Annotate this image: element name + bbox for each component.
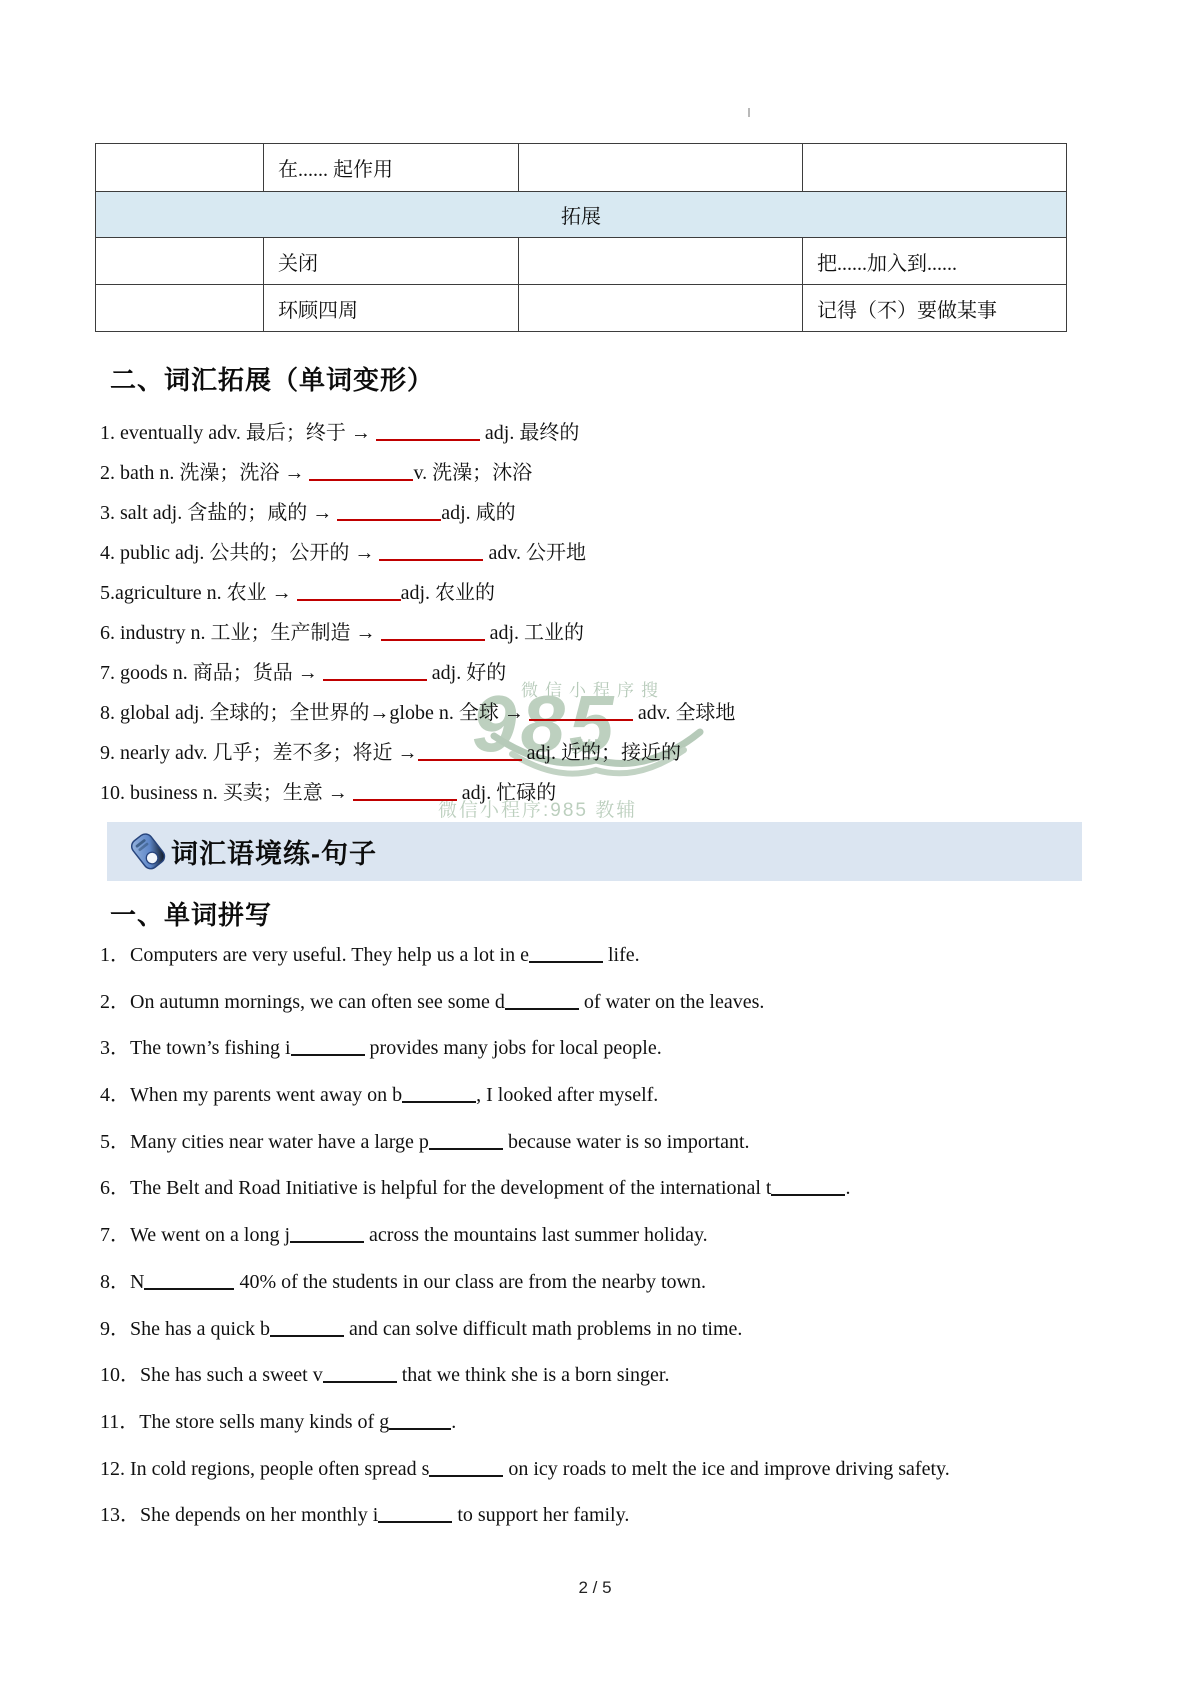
fill-blank — [529, 715, 633, 721]
item-text-post: , I looked after myself. — [476, 1084, 658, 1106]
item-text-post: on icy roads to melt the ice and improve… — [503, 1458, 949, 1480]
item-text-pre: 7. goods n. 商品；货品 → — [100, 662, 323, 684]
spelling-sentence: 1．Computers are very useful. They help u… — [100, 932, 950, 979]
item-text-post: adj. 近的；接近的 — [522, 742, 681, 764]
table-row: 关闭 把......加入到...... — [96, 238, 1067, 285]
item-text-post: v. 洗澡；沐浴 — [413, 462, 532, 484]
item-text-pre: 3．The town’s fishing i — [100, 1037, 291, 1059]
fill-blank — [309, 475, 413, 481]
fill-blank — [376, 435, 480, 441]
table-cell — [803, 144, 1067, 192]
item-text-pre: 10. business n. 买卖；生意 → — [100, 782, 353, 804]
item-text-pre: 2. bath n. 洗澡；洗浴 → — [100, 462, 309, 484]
fill-blank — [379, 555, 483, 561]
item-text-pre: 10．She has such a sweet v — [100, 1364, 323, 1386]
table-cell — [96, 238, 264, 285]
fill-blank — [389, 1424, 451, 1430]
fill-blank — [291, 1050, 365, 1056]
word-forms-section-title: 二、词汇拓展（单词变形） — [110, 360, 434, 397]
spelling-sentence: 6．The Belt and Road Initiative is helpfu… — [100, 1165, 950, 1212]
item-text-post: and can solve difficult math problems in… — [344, 1318, 742, 1340]
spelling-sentence-list: 1．Computers are very useful. They help u… — [100, 932, 950, 1539]
item-text-pre: 12. In cold regions, people often spread… — [100, 1458, 429, 1480]
word-forms-list: 1. eventually adv. 最后；终于 → adj. 最终的2. ba… — [100, 413, 735, 813]
item-text-post: to support her family. — [452, 1504, 629, 1526]
item-text-pre: 7．We went on a long j — [100, 1224, 290, 1246]
table-cell: 在...... 起作用 — [264, 144, 519, 192]
item-text-post: adj. 农业的 — [401, 582, 495, 604]
fill-blank — [323, 1377, 397, 1383]
word-form-item: 7. goods n. 商品；货品 → adj. 好的 — [100, 653, 735, 693]
table-cell: 环顾四周 — [264, 285, 519, 332]
item-text-pre: 5．Many cities near water have a large p — [100, 1131, 429, 1153]
table-section-header: 拓展 — [96, 192, 1067, 238]
table-cell: 关闭 — [264, 238, 519, 285]
page-number: 2 / 5 — [0, 1578, 1190, 1598]
spelling-sentence: 10．She has such a sweet v that we think … — [100, 1352, 950, 1399]
fill-blank — [297, 595, 401, 601]
item-text-post: adj. 咸的 — [441, 502, 515, 524]
fill-blank — [529, 957, 603, 963]
context-practice-banner: 词汇语境练-句子 — [107, 822, 1082, 881]
word-form-item: 4. public adj. 公共的；公开的 → adv. 公开地 — [100, 533, 735, 573]
item-text-post: . — [451, 1411, 456, 1433]
spelling-sentence: 11．The store sells many kinds of g. — [100, 1399, 950, 1446]
fill-blank — [270, 1331, 344, 1337]
item-text-pre: 1. eventually adv. 最后；终于 → — [100, 422, 376, 444]
worksheet-page: 微信小程序搜 985 教辅 微信小程序:985 教辅 在...... 起作用 拓… — [0, 0, 1190, 1683]
spelling-sentence: 8．N 40% of the students in our class are… — [100, 1259, 950, 1306]
item-text-post: 40% of the students in our class are fro… — [234, 1271, 706, 1293]
item-text-pre: 8．N — [100, 1271, 144, 1293]
fill-blank — [771, 1190, 845, 1196]
table-row: 在...... 起作用 — [96, 144, 1067, 192]
fill-blank — [144, 1284, 234, 1290]
table-cell — [519, 144, 803, 192]
item-text-post: adj. 忙碌的 — [457, 782, 556, 804]
word-form-item: 5.agriculture n. 农业 → adj. 农业的 — [100, 573, 735, 613]
item-text-post: adv. 全球地 — [633, 702, 736, 724]
banner-title: 词汇语境练-句子 — [171, 832, 377, 871]
fill-blank — [323, 675, 427, 681]
spelling-sentence: 9．She has a quick b and can solve diffic… — [100, 1306, 950, 1353]
word-form-item: 3. salt adj. 含盐的；咸的 → adj. 咸的 — [100, 493, 735, 533]
fill-blank — [505, 1004, 579, 1010]
fill-blank — [337, 515, 441, 521]
item-text-post: adj. 工业的 — [485, 622, 584, 644]
table-cell: 记得（不）要做某事 — [803, 285, 1067, 332]
item-text-pre: 4. public adj. 公共的；公开的 → — [100, 542, 379, 564]
fill-blank — [402, 1097, 476, 1103]
word-form-item: 1. eventually adv. 最后；终于 → adj. 最终的 — [100, 413, 735, 453]
word-form-item: 8. global adj. 全球的；全世界的→globe n. 全球 → ad… — [100, 693, 735, 733]
item-text-post: adv. 公开地 — [483, 542, 586, 564]
spelling-sentence: 2．On autumn mornings, we can often see s… — [100, 979, 950, 1026]
table-section-header-row: 拓展 — [96, 192, 1067, 238]
spelling-sentence: 4．When my parents went away on b, I look… — [100, 1072, 950, 1119]
spelling-sentence: 13．She depends on her monthly i to suppo… — [100, 1492, 950, 1539]
table-cell: 把......加入到...... — [803, 238, 1067, 285]
tag-icon — [128, 830, 168, 874]
table-row: 环顾四周 记得（不）要做某事 — [96, 285, 1067, 332]
item-text-pre: 8. global adj. 全球的；全世界的→globe n. 全球 → — [100, 702, 529, 724]
item-text-post: adj. 最终的 — [480, 422, 579, 444]
spelling-sentence: 12. In cold regions, people often spread… — [100, 1446, 950, 1493]
spelling-sentence: 5．Many cities near water have a large p … — [100, 1119, 950, 1166]
item-text-post: . — [845, 1177, 850, 1199]
fill-blank — [429, 1144, 503, 1150]
fill-blank — [290, 1237, 364, 1243]
item-text-post: that we think she is a born singer. — [397, 1364, 670, 1386]
item-text-pre: 3. salt adj. 含盐的；咸的 → — [100, 502, 337, 524]
table-cell — [519, 238, 803, 285]
vocab-table: 在...... 起作用 拓展 关闭 把......加入到...... 环顾四周 … — [95, 143, 1067, 332]
item-text-post: provides many jobs for local people. — [365, 1037, 662, 1059]
item-text-post: across the mountains last summer holiday… — [364, 1224, 708, 1246]
word-form-item: 2. bath n. 洗澡；洗浴 → v. 洗澡；沐浴 — [100, 453, 735, 493]
item-text-pre: 6. industry n. 工业；生产制造 → — [100, 622, 381, 644]
word-form-item: 10. business n. 买卖；生意 → adj. 忙碌的 — [100, 773, 735, 813]
word-form-item: 9. nearly adv. 几乎；差不多；将近 → adj. 近的；接近的 — [100, 733, 735, 773]
table-cell — [96, 144, 264, 192]
item-text-post: life. — [603, 944, 640, 966]
item-text-post: of water on the leaves. — [579, 991, 764, 1013]
fill-blank — [381, 635, 485, 641]
item-text-post: adj. 好的 — [427, 662, 506, 684]
table-cell — [519, 285, 803, 332]
fill-blank — [378, 1517, 452, 1523]
item-text-pre: 11．The store sells many kinds of g — [100, 1411, 389, 1433]
spelling-sentence: 7．We went on a long j across the mountai… — [100, 1212, 950, 1259]
item-text-pre: 9. nearly adv. 几乎；差不多；将近 → — [100, 742, 418, 764]
fill-blank — [353, 795, 457, 801]
stray-mark — [748, 108, 750, 117]
word-form-item: 6. industry n. 工业；生产制造 → adj. 工业的 — [100, 613, 735, 653]
item-text-pre: 5.agriculture n. 农业 → — [100, 582, 297, 604]
fill-blank — [418, 755, 522, 761]
item-text-pre: 4．When my parents went away on b — [100, 1084, 402, 1106]
table-cell — [96, 285, 264, 332]
item-text-pre: 13．She depends on her monthly i — [100, 1504, 378, 1526]
spelling-sentence: 3．The town’s fishing i provides many job… — [100, 1025, 950, 1072]
item-text-pre: 6．The Belt and Road Initiative is helpfu… — [100, 1177, 771, 1199]
item-text-pre: 9．She has a quick b — [100, 1318, 270, 1340]
spelling-section-title: 一、单词拼写 — [110, 895, 272, 932]
item-text-pre: 2．On autumn mornings, we can often see s… — [100, 991, 505, 1013]
item-text-pre: 1．Computers are very useful. They help u… — [100, 944, 529, 966]
item-text-post: because water is so important. — [503, 1131, 750, 1153]
fill-blank — [429, 1471, 503, 1477]
